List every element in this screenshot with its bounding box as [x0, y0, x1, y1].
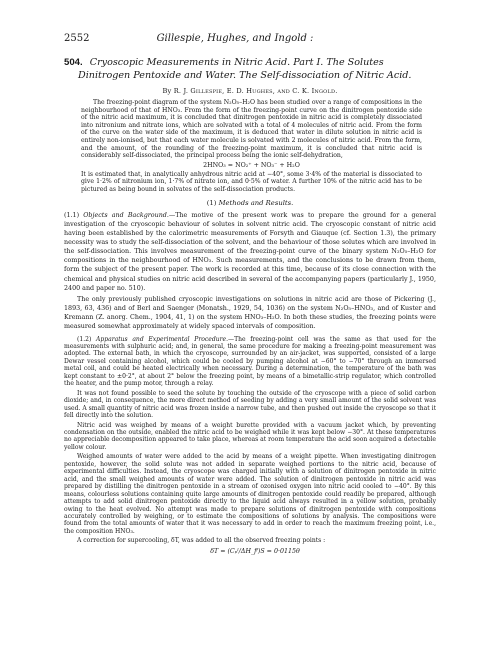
byline-prefix: By	[162, 87, 171, 95]
body-paragraph: A correction for supercooling, δT, was a…	[64, 537, 436, 544]
subsection-label: (1.1)	[64, 212, 79, 219]
title-line-2: Dinitrogen Pentoxide and Water. The Self…	[64, 70, 436, 83]
abstract-paragraph: The freezing-point diagram of the system…	[81, 99, 422, 160]
running-head: 2552 Gillespie, Hughes, and Ingold :	[64, 33, 436, 47]
byline: By R. J. Gillespie, E. D. Hughes, and C.…	[64, 87, 436, 95]
paragraph-text: —The freezing-point cell was the same as…	[64, 336, 436, 388]
article-title: 504. Cryoscopic Measurements in Nitric A…	[64, 57, 436, 82]
subsection-heading: Objects and Background.	[83, 212, 169, 219]
subsection-1-2: (1.2) Apparatus and Experimental Procedu…	[64, 336, 436, 556]
subsection-1-1: (1.1) Objects and Background.—The motive…	[64, 211, 436, 332]
article-number: 504.	[64, 57, 83, 68]
authors: R. J. Gillespie, E. D. Hughes, and C. K.…	[174, 87, 338, 95]
section-title: Methods and Results.	[219, 199, 294, 207]
subsection-heading: Apparatus and Experimental Procedure.	[96, 336, 228, 343]
supercooling-formula: δT = (Cₚˡ/ΔH_fᶠ)S = 0·0115θ	[74, 547, 436, 556]
page-number: 2552	[64, 33, 104, 44]
running-title: Gillespie, Hughes, and Ingold :	[104, 33, 436, 44]
self-dehydration-equation: 2HNO₃ = NO₂⁺ + NO₃⁻ + H₂O	[81, 161, 422, 170]
paragraph-text: —The motive of the present work was to p…	[64, 212, 436, 292]
title-line-1: Cryoscopic Measurements in Nitric Acid. …	[90, 57, 384, 68]
body-paragraph: It was not found possible to seed the so…	[64, 390, 436, 420]
abstract-paragraph: It is estimated that, in analytically an…	[81, 171, 422, 194]
body-paragraph: Weighed amounts of water were added to t…	[64, 453, 436, 535]
subsection-label: (1.2)	[77, 336, 91, 343]
body-paragraph: (1.1) Objects and Background.—The motive…	[64, 211, 436, 293]
body-paragraph: (1.2) Apparatus and Experimental Procedu…	[64, 336, 436, 388]
journal-page: 2552 Gillespie, Hughes, and Ingold : 504…	[64, 33, 436, 556]
body-paragraph: Nitric acid was weighed by means of a we…	[64, 422, 436, 452]
abstract: The freezing-point diagram of the system…	[81, 99, 422, 194]
body-paragraph: The only previously published cryoscopic…	[64, 295, 436, 332]
section-number: (1)	[207, 199, 217, 207]
section-heading: (1) Methods and Results.	[64, 199, 436, 207]
